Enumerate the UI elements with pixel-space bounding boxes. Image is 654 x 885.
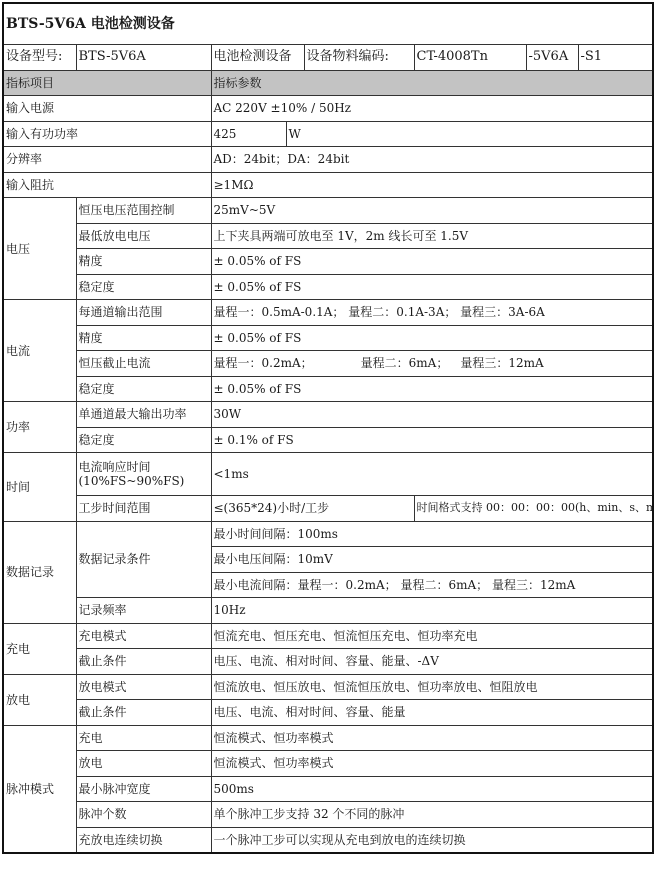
item-value: 量程一：0.2mA；量程二：6mA；量程三：12mA (211, 351, 653, 377)
item-value: 电压、电流、相对时间、容量、能量、-ΔV (211, 649, 653, 675)
item-label: 单通道最大输出功率 (76, 402, 211, 428)
model-value: BTS-5V6A (76, 45, 211, 71)
table-row: 充放电连续切换 一个脉冲工步可以实现从充电到放电的连续切换 (3, 827, 653, 853)
item-label: 精度 (76, 325, 211, 351)
table-row: 稳定度 ± 0.05% of FS (3, 274, 653, 300)
item-label: 稳定度 (76, 376, 211, 402)
item-value: ± 0.05% of FS (211, 249, 653, 275)
table-row: 最低放电电压 上下夹具两端可放电至 1V，2m 线长可至 1.5V (3, 223, 653, 249)
group-label-pulse: 脉冲模式 (3, 725, 76, 853)
item-value: 上下夹具两端可放电至 1V，2m 线长可至 1.5V (211, 223, 653, 249)
group-label-current: 电流 (3, 300, 76, 402)
table-row: 输入阻抗 ≥1MΩ (3, 172, 653, 198)
item-value-format: 时间格式支持 00：00：00：00(h、min、s、ms) (414, 496, 653, 522)
item-label: 放电 (76, 751, 211, 777)
item-value: 一个脉冲工步可以实现从充电到放电的连续切换 (211, 827, 653, 853)
code-part2: -5V6A (526, 45, 578, 71)
item-label: 充电模式 (76, 623, 211, 649)
item-label-line1: 电流响应时间 (79, 460, 209, 474)
table-row: 脉冲模式 充电 恒流模式、恒功率模式 (3, 725, 653, 751)
table-row: 电压 恒压电压范围控制 25mV~5V (3, 198, 653, 224)
range-1: 量程一：0.2mA； (214, 356, 313, 370)
code-part3: -S1 (578, 45, 653, 71)
item-label: 电流响应时间(10%FS~90%FS) (76, 453, 211, 496)
item-value: 30W (211, 402, 653, 428)
table-row: 功率 单通道最大输出功率 30W (3, 402, 653, 428)
item-value: <1ms (211, 453, 653, 496)
item-label: 充放电连续切换 (76, 827, 211, 853)
item-value: 最小时间间隔：100ms (211, 521, 653, 547)
group-label-time: 时间 (3, 453, 76, 522)
item-value: ± 0.1% of FS (211, 427, 653, 453)
group-label-voltage: 电压 (3, 198, 76, 300)
item-label: 稳定度 (76, 427, 211, 453)
item-value: 425 (211, 121, 286, 147)
item-label: 分辨率 (3, 147, 211, 173)
spec-table: BTS-5V6A 电池检测设备 设备型号: BTS-5V6A 电池检测设备 设备… (2, 2, 654, 854)
model-row: 设备型号: BTS-5V6A 电池检测设备 设备物料编码: CT-4008Tn … (3, 45, 653, 71)
item-label: 充电 (76, 725, 211, 751)
item-label: 输入电源 (3, 96, 211, 122)
table-row: 放电 恒流模式、恒功率模式 (3, 751, 653, 777)
item-label: 每通道输出范围 (76, 300, 211, 326)
item-label: 截止条件 (76, 649, 211, 675)
item-value: 10Hz (211, 598, 653, 624)
model-label: 设备型号: (3, 45, 76, 71)
item-label-line2: (10%FS~90%FS) (79, 474, 209, 488)
item-label: 工步时间范围 (76, 496, 211, 522)
table-row: 截止条件 电压、电流、相对时间、容量、能量、-ΔV (3, 649, 653, 675)
item-value: 恒流模式、恒功率模式 (211, 725, 653, 751)
item-value: ≤(365*24)小时/工步 (211, 496, 414, 522)
table-row: 最小脉冲宽度 500ms (3, 776, 653, 802)
item-unit: W (286, 121, 653, 147)
table-row: 输入电源 AC 220V ±10% / 50Hz (3, 96, 653, 122)
item-label: 输入有功功率 (3, 121, 211, 147)
item-value: 恒流放电、恒压放电、恒流恒压放电、恒功率放电、恒阻放电 (211, 674, 653, 700)
item-value: 最小电压间隔：10mV (211, 547, 653, 573)
table-row: 精度 ± 0.05% of FS (3, 325, 653, 351)
item-value: AC 220V ±10% / 50Hz (211, 96, 653, 122)
item-label: 脉冲个数 (76, 802, 211, 828)
table-row: 输入有功功率 425 W (3, 121, 653, 147)
item-value: 恒流模式、恒功率模式 (211, 751, 653, 777)
item-value: 恒流充电、恒压充电、恒流恒压充电、恒功率充电 (211, 623, 653, 649)
code-label: 设备物料编码: (304, 45, 414, 71)
table-row: 脉冲个数 单个脉冲工步支持 32 个不同的脉冲 (3, 802, 653, 828)
table-row: 数据记录 数据记录条件 最小时间间隔：100ms (3, 521, 653, 547)
table-row: 精度 ± 0.05% of FS (3, 249, 653, 275)
table-row: 电流 每通道输出范围 量程一：0.5mA-0.1A； 量程二：0.1A-3A； … (3, 300, 653, 326)
title-row: BTS-5V6A 电池检测设备 (3, 3, 653, 45)
item-label: 精度 (76, 249, 211, 275)
group-label-power: 功率 (3, 402, 76, 453)
item-label: 最小脉冲宽度 (76, 776, 211, 802)
item-value: 500ms (211, 776, 653, 802)
table-row: 恒压截止电流 量程一：0.2mA；量程二：6mA；量程三：12mA (3, 351, 653, 377)
table-row: 截止条件 电压、电流、相对时间、容量、能量 (3, 700, 653, 726)
device-name: 电池检测设备 (211, 45, 304, 71)
table-row: 放电 放电模式 恒流放电、恒压放电、恒流恒压放电、恒功率放电、恒阻放电 (3, 674, 653, 700)
table-row: 工步时间范围 ≤(365*24)小时/工步 时间格式支持 00：00：00：00… (3, 496, 653, 522)
item-value: ≥1MΩ (211, 172, 653, 198)
range-3: 量程三：12mA (460, 356, 543, 370)
table-row: 分辨率 AD：24bit；DA：24bit (3, 147, 653, 173)
item-label: 截止条件 (76, 700, 211, 726)
group-label-data-record: 数据记录 (3, 521, 76, 623)
item-value: 电压、电流、相对时间、容量、能量 (211, 700, 653, 726)
table-row: 稳定度 ± 0.1% of FS (3, 427, 653, 453)
item-label: 记录频率 (76, 598, 211, 624)
group-label-charge: 充电 (3, 623, 76, 674)
item-value: 量程一：0.5mA-0.1A； 量程二：0.1A-3A； 量程三：3A-6A (211, 300, 653, 326)
table-row: 充电 充电模式 恒流充电、恒压充电、恒流恒压充电、恒功率充电 (3, 623, 653, 649)
item-label: 稳定度 (76, 274, 211, 300)
item-value: ± 0.05% of FS (211, 274, 653, 300)
table-row: 时间 电流响应时间(10%FS~90%FS) <1ms (3, 453, 653, 496)
item-label: 最低放电电压 (76, 223, 211, 249)
header-item: 指标项目 (3, 70, 211, 96)
item-value: 25mV~5V (211, 198, 653, 224)
document-title: BTS-5V6A 电池检测设备 (3, 3, 653, 45)
item-label: 数据记录条件 (76, 521, 211, 598)
code-part1: CT-4008Tn (414, 45, 526, 71)
header-row: 指标项目 指标参数 (3, 70, 653, 96)
header-param: 指标参数 (211, 70, 653, 96)
range-2: 量程二：6mA； (361, 356, 449, 370)
table-row: 稳定度 ± 0.05% of FS (3, 376, 653, 402)
table-row: 记录频率 10Hz (3, 598, 653, 624)
item-value: 单个脉冲工步支持 32 个不同的脉冲 (211, 802, 653, 828)
item-label: 恒压电压范围控制 (76, 198, 211, 224)
item-value: AD：24bit；DA：24bit (211, 147, 653, 173)
group-label-discharge: 放电 (3, 674, 76, 725)
item-value: ± 0.05% of FS (211, 376, 653, 402)
item-value: ± 0.05% of FS (211, 325, 653, 351)
item-label: 输入阻抗 (3, 172, 211, 198)
item-label: 放电模式 (76, 674, 211, 700)
item-value: 最小电流间隔：量程一：0.2mA； 量程二：6mA； 量程三：12mA (211, 572, 653, 598)
item-label: 恒压截止电流 (76, 351, 211, 377)
